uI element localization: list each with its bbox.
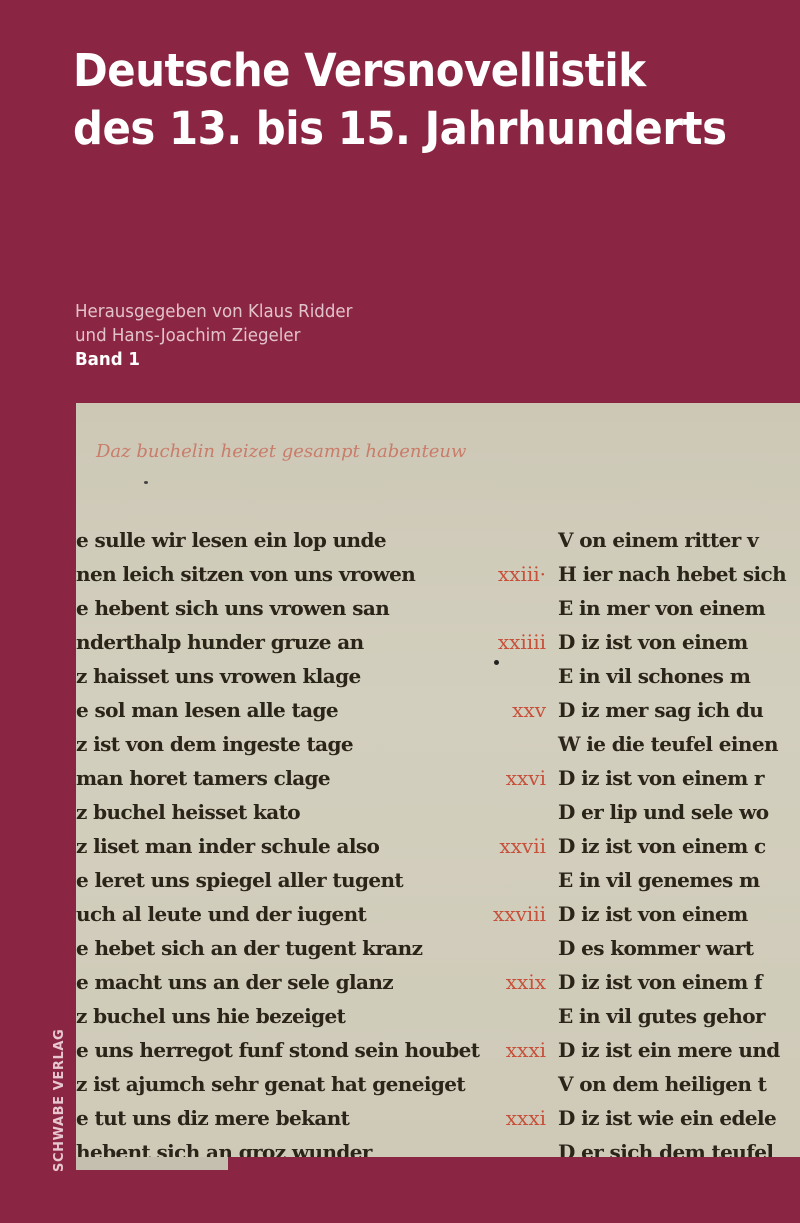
roman-numeral	[476, 591, 558, 625]
manuscript-line: e macht uns an der sele glanz	[76, 965, 476, 999]
roman-numeral: xxvi	[476, 761, 558, 795]
manuscript-line: z liset man inder schule also	[76, 829, 476, 863]
manuscript-image-edge	[76, 1157, 228, 1170]
manuscript-rubric: Daz buchelin heizet gesampt habenteuw	[96, 441, 466, 462]
manuscript-row: V on einem ritter v	[476, 523, 800, 557]
manuscript-line: e hebent sich uns vrowen san	[76, 591, 476, 625]
book-title: Deutsche Versnovellistik des 13. bis 15.…	[73, 42, 727, 158]
roman-numeral	[476, 1135, 558, 1157]
roman-numeral: xxxi	[476, 1033, 558, 1067]
roman-numeral	[476, 863, 558, 897]
manuscript-line: e sol man lesen alle tage	[76, 693, 476, 727]
manuscript-row: V on dem heiligen t	[476, 1067, 800, 1101]
manuscript-line: V on einem ritter v	[558, 523, 758, 557]
manuscript-line: e tut uns diz mere bekant	[76, 1101, 476, 1135]
manuscript-row: E in vil gutes gehor	[476, 999, 800, 1033]
manuscript-row: xxixD iz ist von einem f	[476, 965, 800, 999]
manuscript-left-column: e sulle wir lesen ein lop unde nen leich…	[76, 523, 476, 1157]
manuscript-line: E in vil schones m	[558, 659, 750, 693]
roman-numeral	[476, 523, 558, 557]
manuscript-row: xxxiD iz ist ein mere und	[476, 1033, 800, 1067]
roman-numeral: xxiiii	[476, 625, 558, 659]
manuscript-line: z haisset uns vrowen klage	[76, 659, 476, 693]
book-cover: Deutsche Versnovellistik des 13. bis 15.…	[0, 0, 800, 1223]
manuscript-row: xxviiiD iz ist von einem	[476, 897, 800, 931]
roman-numeral	[476, 1067, 558, 1101]
volume-label: Band 1	[75, 348, 352, 372]
manuscript-line: e sulle wir lesen ein lop unde	[76, 523, 476, 557]
manuscript-row: E in mer von einem	[476, 591, 800, 625]
manuscript-line: E in vil genemes m	[558, 863, 760, 897]
roman-numeral: xxvii	[476, 829, 558, 863]
title-line-2: des 13. bis 15. Jahrhunderts	[73, 100, 727, 158]
editors-line-1: Herausgegeben von Klaus Ridder	[75, 300, 352, 324]
manuscript-line: nen leich sitzen von uns vrowen	[76, 557, 476, 591]
roman-numeral	[476, 659, 558, 693]
manuscript-line: W ie die teufel einen	[558, 727, 778, 761]
manuscript-row: D es kommer wart	[476, 931, 800, 965]
manuscript-line: D iz ist von einem f	[558, 965, 762, 999]
editors-line-2: und Hans-Joachim Ziegeler	[75, 324, 352, 348]
roman-numeral	[476, 795, 558, 829]
manuscript-right-column: V on einem ritter v xxiii·H ier nach heb…	[476, 523, 800, 1157]
manuscript-row: D er sich dem teufel	[476, 1135, 800, 1157]
roman-numeral: xxix	[476, 965, 558, 999]
manuscript-line: V on dem heiligen t	[558, 1067, 766, 1101]
manuscript-line: E in vil gutes gehor	[558, 999, 765, 1033]
manuscript-line: D iz ist von einem	[558, 625, 748, 659]
manuscript-line: man horet tamers clage	[76, 761, 476, 795]
manuscript-line: e leret uns spiegel aller tugent	[76, 863, 476, 897]
roman-numeral: xxv	[476, 693, 558, 727]
manuscript-line: E in mer von einem	[558, 591, 765, 625]
manuscript-line: D es kommer wart	[558, 931, 753, 965]
manuscript-line: D iz ist wie ein edele	[558, 1101, 776, 1135]
roman-numeral	[476, 999, 558, 1033]
manuscript-line: z buchel heisset kato	[76, 795, 476, 829]
manuscript-line: D iz ist von einem r	[558, 761, 764, 795]
manuscript-row: xxvD iz mer sag ich du	[476, 693, 800, 727]
manuscript-line: hebent sich an groz wunder	[76, 1135, 476, 1157]
roman-numeral	[476, 931, 558, 965]
manuscript-row: xxviiD iz ist von einem c	[476, 829, 800, 863]
manuscript-row: xxiiiiD iz ist von einem	[476, 625, 800, 659]
manuscript-row: D er lip und sele wo	[476, 795, 800, 829]
roman-numeral: xxiii·	[476, 557, 558, 591]
roman-numeral: xxxi	[476, 1101, 558, 1135]
manuscript-image: Daz buchelin heizet gesampt habenteuw e …	[76, 403, 800, 1157]
manuscript-line: D er lip und sele wo	[558, 795, 769, 829]
roman-numeral: xxviii	[476, 897, 558, 931]
title-line-1: Deutsche Versnovellistik	[73, 42, 727, 100]
manuscript-line: H ier nach hebet sich	[558, 557, 786, 591]
manuscript-line: D er sich dem teufel	[558, 1135, 773, 1157]
manuscript-row: xxxiD iz ist wie ein edele	[476, 1101, 800, 1135]
manuscript-line: D iz ist von einem	[558, 897, 748, 931]
manuscript-line: nderthalp hunder gruze an	[76, 625, 476, 659]
roman-numeral	[476, 727, 558, 761]
manuscript-line: e hebet sich an der tugent kranz	[76, 931, 476, 965]
manuscript-line: D iz ist ein mere und	[558, 1033, 780, 1067]
manuscript-line: z buchel uns hie bezeiget	[76, 999, 476, 1033]
manuscript-line: z ist ajumch sehr genat hat geneiget	[76, 1067, 476, 1101]
manuscript-row: xxiii·H ier nach hebet sich	[476, 557, 800, 591]
manuscript-row: xxviD iz ist von einem r	[476, 761, 800, 795]
manuscript-row: W ie die teufel einen	[476, 727, 800, 761]
manuscript-line: z ist von dem ingeste tage	[76, 727, 476, 761]
manuscript-line: uch al leute und der iugent	[76, 897, 476, 931]
manuscript-line: D iz mer sag ich du	[558, 693, 763, 727]
manuscript-line: e uns herregot funf stond sein houbet	[76, 1033, 476, 1067]
editors-block: Herausgegeben von Klaus Ridder und Hans-…	[75, 300, 352, 372]
manuscript-row: E in vil genemes m	[476, 863, 800, 897]
manuscript-row: E in vil schones m	[476, 659, 800, 693]
manuscript-line: D iz ist von einem c	[558, 829, 766, 863]
ink-speck	[144, 481, 148, 484]
publisher-name: SCHWABE VERLAG	[52, 1029, 67, 1172]
